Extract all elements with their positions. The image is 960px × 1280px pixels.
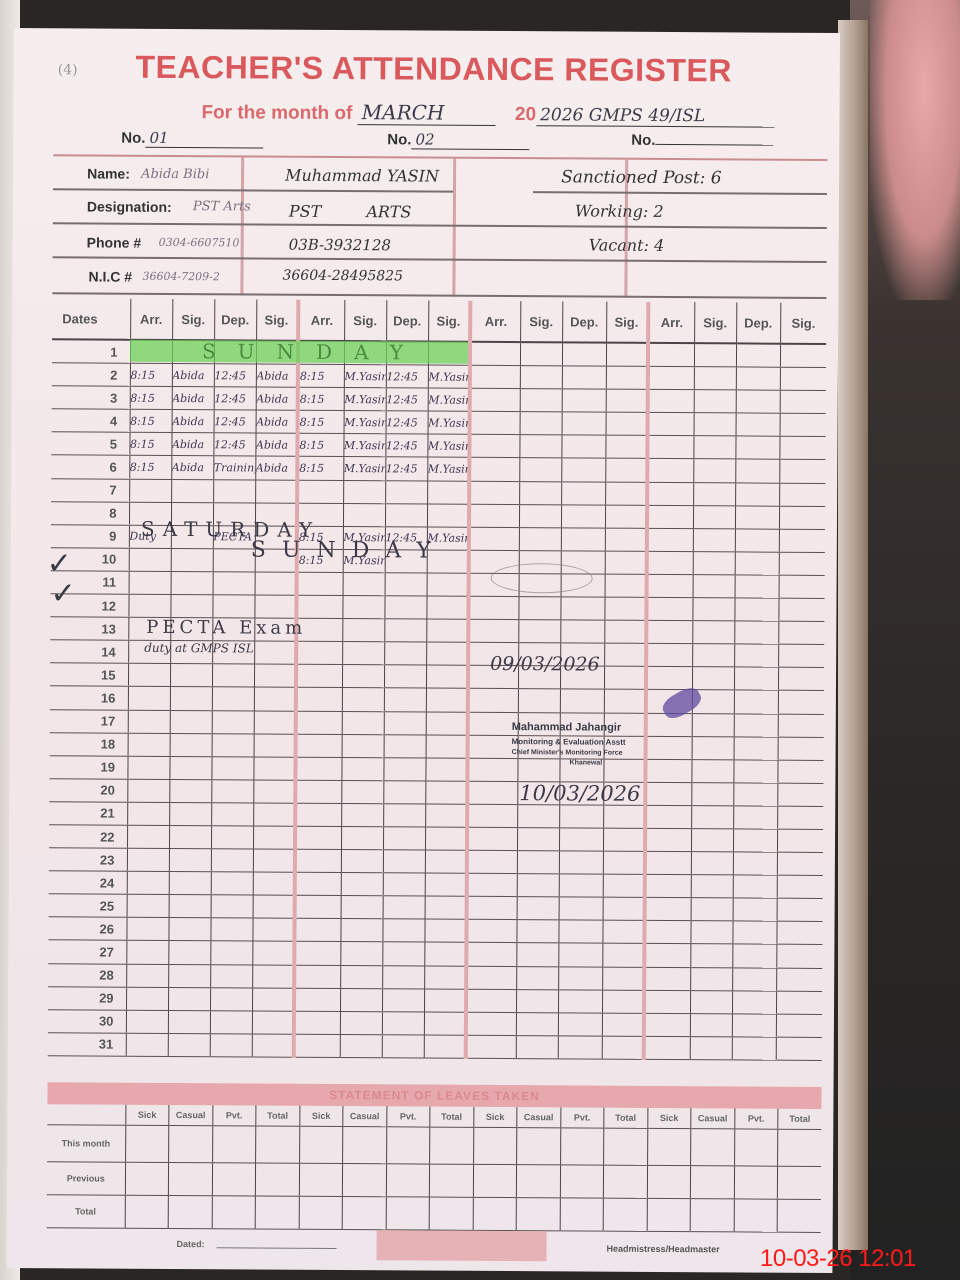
- attendance-cell[interactable]: [382, 1011, 424, 1034]
- attendance-cell[interactable]: [691, 782, 733, 805]
- attendance-cell[interactable]: [602, 944, 644, 967]
- attendance-cell[interactable]: [603, 874, 645, 897]
- attendance-cell[interactable]: [341, 803, 383, 826]
- attendance-cell[interactable]: [170, 733, 212, 756]
- attendance-cell[interactable]: [736, 413, 780, 436]
- leave-cell[interactable]: [473, 1127, 517, 1164]
- attendance-cell[interactable]: [690, 967, 732, 990]
- attendance-cell[interactable]: [254, 664, 296, 687]
- attendance-cell[interactable]: [129, 571, 171, 594]
- attendance-cell[interactable]: [776, 922, 822, 945]
- attendance-cell[interactable]: [733, 829, 777, 852]
- attendance-cell[interactable]: [126, 941, 168, 964]
- attendance-cell[interactable]: [253, 872, 295, 895]
- attendance-cell[interactable]: [776, 945, 822, 968]
- attendance-cell[interactable]: [733, 898, 777, 921]
- attendance-cell[interactable]: [694, 343, 736, 367]
- attendance-cell[interactable]: [340, 1034, 382, 1057]
- leave-cell[interactable]: [125, 1162, 169, 1195]
- attendance-cell[interactable]: [734, 621, 778, 644]
- attendance-cell[interactable]: [467, 873, 517, 896]
- attendance-cell[interactable]: [129, 479, 171, 502]
- attendance-cell[interactable]: [171, 571, 213, 594]
- attendance-cell[interactable]: [467, 827, 517, 850]
- attendance-cell[interactable]: [645, 875, 691, 898]
- attendance-cell[interactable]: [425, 781, 467, 804]
- attendance-cell[interactable]: [602, 967, 644, 990]
- attendance-cell[interactable]: 8:15: [130, 409, 172, 432]
- attendance-cell[interactable]: M.Yasin: [428, 388, 470, 411]
- attendance-cell[interactable]: [691, 898, 733, 921]
- attendance-cell[interactable]: [691, 852, 733, 875]
- attendance-cell[interactable]: [644, 944, 690, 967]
- attendance-cell[interactable]: [558, 920, 602, 943]
- attendance-cell[interactable]: [296, 734, 342, 757]
- attendance-cell[interactable]: [295, 780, 341, 803]
- attendance-cell[interactable]: [170, 710, 212, 733]
- attendance-cell[interactable]: [605, 551, 647, 574]
- attendance-cell[interactable]: [735, 459, 779, 482]
- attendance-cell[interactable]: [645, 782, 691, 805]
- attendance-cell[interactable]: 12:45: [385, 457, 427, 480]
- attendance-cell[interactable]: [340, 1011, 382, 1034]
- attendance-cell[interactable]: [171, 548, 213, 571]
- attendance-cell[interactable]: [212, 687, 254, 710]
- attendance-cell[interactable]: [297, 480, 343, 503]
- attendance-cell[interactable]: [469, 527, 519, 550]
- attendance-cell[interactable]: [426, 596, 468, 619]
- attendance-cell[interactable]: [129, 548, 171, 571]
- attendance-cell[interactable]: [470, 365, 520, 388]
- attendance-cell[interactable]: [382, 942, 424, 965]
- attendance-cell[interactable]: [518, 597, 560, 620]
- attendance-cell[interactable]: [734, 598, 778, 621]
- attendance-cell[interactable]: [128, 687, 170, 710]
- attendance-cell[interactable]: [384, 711, 426, 734]
- attendance-cell[interactable]: [691, 806, 733, 829]
- attendance-cell[interactable]: [212, 664, 254, 687]
- attendance-cell[interactable]: [694, 390, 736, 413]
- attendance-cell[interactable]: 8:15: [130, 386, 172, 409]
- leave-cell[interactable]: [299, 1196, 343, 1229]
- attendance-cell[interactable]: [254, 687, 296, 710]
- attendance-cell[interactable]: [468, 689, 518, 712]
- attendance-cell[interactable]: [602, 920, 644, 943]
- attendance-cell[interactable]: [169, 849, 211, 872]
- attendance-cell[interactable]: [254, 641, 296, 664]
- attendance-cell[interactable]: [466, 966, 516, 989]
- attendance-cell[interactable]: [558, 943, 602, 966]
- attendance-cell[interactable]: [296, 641, 342, 664]
- attendance-cell[interactable]: [648, 343, 694, 367]
- attendance-cell[interactable]: 8:15: [298, 387, 344, 410]
- attendance-cell[interactable]: [253, 895, 295, 918]
- attendance-cell[interactable]: [647, 551, 693, 574]
- attendance-cell[interactable]: [384, 642, 426, 665]
- attendance-cell[interactable]: [426, 642, 468, 665]
- attendance-cell[interactable]: [127, 848, 169, 871]
- attendance-cell[interactable]: [693, 528, 735, 551]
- attendance-cell[interactable]: [647, 505, 693, 528]
- leave-cell[interactable]: [299, 1126, 343, 1163]
- attendance-cell[interactable]: [169, 779, 211, 802]
- attendance-cell[interactable]: [340, 919, 382, 942]
- leave-cell[interactable]: [516, 1198, 560, 1231]
- attendance-cell[interactable]: [168, 918, 210, 941]
- attendance-cell[interactable]: [733, 875, 777, 898]
- attendance-cell[interactable]: [561, 505, 605, 528]
- attendance-cell[interactable]: [562, 389, 606, 412]
- attendance-cell[interactable]: [562, 342, 606, 366]
- attendance-cell[interactable]: [383, 781, 425, 804]
- attendance-cell[interactable]: [645, 759, 691, 782]
- attendance-cell[interactable]: [168, 941, 210, 964]
- attendance-cell[interactable]: [425, 873, 467, 896]
- attendance-cell[interactable]: [427, 573, 469, 596]
- attendance-cell[interactable]: [342, 665, 384, 688]
- leave-cell[interactable]: [168, 1162, 212, 1195]
- attendance-cell[interactable]: [735, 482, 779, 505]
- attendance-cell[interactable]: [467, 804, 517, 827]
- attendance-cell[interactable]: [255, 572, 297, 595]
- attendance-cell[interactable]: [170, 664, 212, 687]
- attendance-cell[interactable]: [469, 458, 519, 481]
- attendance-cell[interactable]: [385, 503, 427, 526]
- attendance-cell[interactable]: [778, 667, 824, 690]
- attendance-cell[interactable]: [561, 435, 605, 458]
- attendance-cell[interactable]: [647, 574, 693, 597]
- attendance-cell[interactable]: [778, 737, 824, 760]
- attendance-cell[interactable]: [343, 503, 385, 526]
- attendance-cell[interactable]: [602, 1013, 644, 1036]
- attendance-cell[interactable]: [517, 851, 559, 874]
- attendance-cell[interactable]: [210, 964, 252, 987]
- attendance-cell[interactable]: 12:45: [213, 433, 255, 456]
- attendance-cell[interactable]: [252, 1034, 294, 1057]
- attendance-cell[interactable]: [254, 734, 296, 757]
- attendance-cell[interactable]: [252, 941, 294, 964]
- attendance-cell[interactable]: [777, 852, 823, 875]
- attendance-cell[interactable]: [466, 1012, 516, 1035]
- attendance-cell[interactable]: [776, 991, 822, 1014]
- attendance-cell[interactable]: [384, 688, 426, 711]
- attendance-cell[interactable]: [468, 735, 518, 758]
- attendance-cell[interactable]: M.Yasin: [428, 365, 470, 388]
- leave-cell[interactable]: [690, 1166, 734, 1199]
- leave-cell[interactable]: [777, 1166, 821, 1199]
- attendance-cell[interactable]: [603, 897, 645, 920]
- attendance-cell[interactable]: [778, 598, 824, 621]
- attendance-cell[interactable]: 8:15: [298, 411, 344, 434]
- attendance-cell[interactable]: [342, 619, 384, 642]
- attendance-cell[interactable]: [466, 989, 516, 1012]
- leave-cell[interactable]: [560, 1165, 604, 1198]
- attendance-cell[interactable]: [211, 803, 253, 826]
- attendance-cell[interactable]: [213, 549, 255, 572]
- attendance-cell[interactable]: [128, 594, 170, 617]
- attendance-cell[interactable]: [736, 390, 780, 413]
- attendance-cell[interactable]: [517, 804, 559, 827]
- attendance-cell[interactable]: [169, 895, 211, 918]
- attendance-cell[interactable]: [605, 574, 647, 597]
- attendance-cell[interactable]: [426, 665, 468, 688]
- leave-cell[interactable]: [560, 1198, 604, 1231]
- attendance-cell[interactable]: [126, 1010, 168, 1033]
- attendance-cell[interactable]: [210, 918, 252, 941]
- attendance-cell[interactable]: [519, 481, 561, 504]
- attendance-cell[interactable]: [382, 1035, 424, 1058]
- attendance-cell[interactable]: [382, 919, 424, 942]
- attendance-cell[interactable]: [735, 575, 779, 598]
- attendance-cell[interactable]: [341, 896, 383, 919]
- attendance-cell[interactable]: [516, 1012, 558, 1035]
- attendance-cell[interactable]: [558, 966, 602, 989]
- attendance-cell[interactable]: [168, 964, 210, 987]
- attendance-cell[interactable]: [690, 990, 732, 1013]
- attendance-cell[interactable]: [169, 825, 211, 848]
- attendance-cell[interactable]: [779, 552, 825, 575]
- attendance-cell[interactable]: [169, 872, 211, 895]
- attendance-cell[interactable]: [734, 690, 778, 713]
- attendance-cell[interactable]: [560, 597, 604, 620]
- attendance-cell[interactable]: [253, 757, 295, 780]
- attendance-cell[interactable]: [253, 826, 295, 849]
- attendance-cell[interactable]: Abida: [172, 410, 214, 433]
- attendance-cell[interactable]: M.Yasin: [427, 458, 469, 481]
- attendance-cell[interactable]: [693, 575, 735, 598]
- attendance-cell[interactable]: Abida: [171, 433, 213, 456]
- attendance-cell[interactable]: [518, 689, 560, 712]
- attendance-cell[interactable]: [605, 459, 647, 482]
- attendance-cell[interactable]: [467, 850, 517, 873]
- attendance-cell[interactable]: M.Yasin: [343, 457, 385, 480]
- attendance-cell[interactable]: [560, 620, 604, 643]
- leave-cell[interactable]: [734, 1199, 778, 1232]
- attendance-cell[interactable]: [520, 412, 562, 435]
- attendance-cell[interactable]: [520, 366, 562, 389]
- attendance-cell[interactable]: [382, 988, 424, 1011]
- attendance-cell[interactable]: [469, 504, 519, 527]
- leave-cell[interactable]: [647, 1198, 691, 1231]
- attendance-cell[interactable]: [732, 967, 776, 990]
- attendance-cell[interactable]: [780, 413, 826, 436]
- leave-cell[interactable]: [734, 1166, 778, 1199]
- attendance-cell[interactable]: [603, 759, 645, 782]
- attendance-cell[interactable]: [340, 965, 382, 988]
- attendance-cell[interactable]: [693, 505, 735, 528]
- attendance-cell[interactable]: [296, 688, 342, 711]
- attendance-cell[interactable]: 12:45: [386, 365, 428, 388]
- attendance-cell[interactable]: [211, 849, 253, 872]
- attendance-cell[interactable]: [647, 528, 693, 551]
- attendance-cell[interactable]: [128, 710, 170, 733]
- attendance-cell[interactable]: [733, 806, 777, 829]
- attendance-cell[interactable]: [383, 757, 425, 780]
- attendance-cell[interactable]: [644, 921, 690, 944]
- attendance-cell[interactable]: [210, 1010, 252, 1033]
- attendance-cell[interactable]: 12:45: [214, 364, 256, 387]
- attendance-cell[interactable]: [777, 783, 823, 806]
- attendance-cell[interactable]: [646, 620, 692, 643]
- attendance-cell[interactable]: [211, 780, 253, 803]
- attendance-cell[interactable]: [778, 691, 824, 714]
- leave-cell[interactable]: [734, 1129, 778, 1166]
- attendance-cell[interactable]: [467, 897, 517, 920]
- attendance-cell[interactable]: [644, 990, 690, 1013]
- attendance-cell[interactable]: [253, 849, 295, 872]
- attendance-cell[interactable]: [426, 735, 468, 758]
- attendance-cell[interactable]: [425, 804, 467, 827]
- attendance-cell[interactable]: [778, 621, 824, 644]
- attendance-cell[interactable]: M.Yasin: [344, 411, 386, 434]
- attendance-cell[interactable]: Abida: [255, 456, 297, 479]
- leave-cell[interactable]: [516, 1165, 560, 1198]
- attendance-cell[interactable]: [469, 481, 519, 504]
- attendance-cell[interactable]: [296, 595, 342, 618]
- attendance-cell[interactable]: [605, 482, 647, 505]
- attendance-cell[interactable]: [254, 710, 296, 733]
- attendance-cell[interactable]: [646, 644, 692, 667]
- attendance-cell[interactable]: [384, 596, 426, 619]
- leave-cell[interactable]: [212, 1126, 256, 1163]
- attendance-cell[interactable]: [128, 733, 170, 756]
- attendance-cell[interactable]: [468, 712, 518, 735]
- attendance-cell[interactable]: 8:15: [298, 364, 344, 387]
- attendance-cell[interactable]: [424, 942, 466, 965]
- attendance-cell[interactable]: [603, 805, 645, 828]
- attendance-cell[interactable]: [211, 826, 253, 849]
- attendance-cell[interactable]: [424, 919, 466, 942]
- attendance-cell[interactable]: [691, 875, 733, 898]
- attendance-cell[interactable]: [170, 594, 212, 617]
- attendance-cell[interactable]: [169, 802, 211, 825]
- attendance-cell[interactable]: [519, 527, 561, 550]
- attendance-cell[interactable]: M.Yasin: [428, 411, 470, 434]
- attendance-cell[interactable]: [213, 479, 255, 502]
- attendance-cell[interactable]: [777, 898, 823, 921]
- attendance-cell[interactable]: [170, 687, 212, 710]
- attendance-cell[interactable]: [382, 965, 424, 988]
- attendance-cell[interactable]: [342, 734, 384, 757]
- attendance-cell[interactable]: [558, 989, 602, 1012]
- leave-cell[interactable]: [691, 1129, 735, 1166]
- attendance-cell[interactable]: [606, 412, 648, 435]
- attendance-cell[interactable]: [516, 989, 558, 1012]
- attendance-cell[interactable]: [342, 711, 384, 734]
- leave-cell[interactable]: [168, 1195, 212, 1228]
- attendance-cell[interactable]: [126, 918, 168, 941]
- attendance-cell[interactable]: [604, 620, 646, 643]
- leave-cell[interactable]: [299, 1163, 343, 1196]
- attendance-cell[interactable]: [732, 991, 776, 1014]
- attendance-cell[interactable]: [647, 459, 693, 482]
- leave-cell[interactable]: [690, 1199, 734, 1232]
- attendance-cell[interactable]: [384, 665, 426, 688]
- attendance-cell[interactable]: [734, 713, 778, 736]
- attendance-cell[interactable]: [732, 944, 776, 967]
- attendance-cell[interactable]: Abida: [255, 433, 297, 456]
- attendance-cell[interactable]: [168, 1033, 210, 1056]
- attendance-cell[interactable]: [294, 1011, 340, 1034]
- attendance-cell[interactable]: [253, 803, 295, 826]
- attendance-cell[interactable]: [294, 965, 340, 988]
- attendance-cell[interactable]: [561, 481, 605, 504]
- leave-cell[interactable]: [517, 1128, 561, 1165]
- attendance-cell[interactable]: [295, 803, 341, 826]
- attendance-cell[interactable]: Abida: [256, 387, 298, 410]
- attendance-cell[interactable]: [425, 827, 467, 850]
- attendance-cell[interactable]: 12:45: [214, 410, 256, 433]
- attendance-cell[interactable]: [341, 873, 383, 896]
- attendance-cell[interactable]: [604, 666, 646, 689]
- attendance-cell[interactable]: [341, 850, 383, 873]
- attendance-cell[interactable]: Abida: [172, 387, 214, 410]
- attendance-cell[interactable]: [466, 943, 516, 966]
- attendance-cell[interactable]: [647, 482, 693, 505]
- attendance-cell[interactable]: [779, 506, 825, 529]
- attendance-cell[interactable]: [426, 712, 468, 735]
- attendance-cell[interactable]: [646, 597, 692, 620]
- attendance-cell[interactable]: [213, 572, 255, 595]
- attendance-cell[interactable]: [732, 921, 776, 944]
- attendance-cell[interactable]: [604, 643, 646, 666]
- attendance-cell[interactable]: M.Yasin: [344, 388, 386, 411]
- attendance-cell[interactable]: [211, 895, 253, 918]
- attendance-cell[interactable]: [128, 664, 170, 687]
- attendance-cell[interactable]: 8:15: [129, 433, 171, 456]
- leave-cell[interactable]: [473, 1197, 517, 1230]
- attendance-cell[interactable]: [561, 458, 605, 481]
- attendance-cell[interactable]: [690, 921, 732, 944]
- attendance-cell[interactable]: [294, 919, 340, 942]
- attendance-cell[interactable]: [342, 596, 384, 619]
- attendance-cell[interactable]: [517, 874, 559, 897]
- leave-cell[interactable]: [212, 1163, 256, 1196]
- attendance-cell[interactable]: [341, 826, 383, 849]
- attendance-cell[interactable]: [780, 390, 826, 413]
- attendance-cell[interactable]: [734, 644, 778, 667]
- attendance-cell[interactable]: [692, 598, 734, 621]
- attendance-cell[interactable]: [604, 597, 646, 620]
- attendance-cell[interactable]: [127, 802, 169, 825]
- attendance-cell[interactable]: [342, 642, 384, 665]
- attendance-cell[interactable]: M.Yasin: [427, 434, 469, 457]
- attendance-cell[interactable]: [252, 965, 294, 988]
- attendance-cell[interactable]: [602, 990, 644, 1013]
- attendance-cell[interactable]: [168, 1010, 210, 1033]
- attendance-cell[interactable]: [606, 366, 648, 389]
- attendance-cell[interactable]: [646, 736, 692, 759]
- attendance-cell[interactable]: [126, 964, 168, 987]
- leave-cell[interactable]: [256, 1126, 300, 1163]
- attendance-cell[interactable]: [605, 505, 647, 528]
- attendance-cell[interactable]: [690, 1036, 732, 1059]
- attendance-cell[interactable]: 8:15: [297, 434, 343, 457]
- attendance-cell[interactable]: [602, 1036, 644, 1059]
- attendance-cell[interactable]: [253, 780, 295, 803]
- leave-cell[interactable]: [169, 1125, 213, 1162]
- attendance-cell[interactable]: [295, 826, 341, 849]
- attendance-cell[interactable]: [169, 756, 211, 779]
- leave-cell[interactable]: [430, 1127, 474, 1164]
- attendance-cell[interactable]: [735, 436, 779, 459]
- attendance-cell[interactable]: [779, 483, 825, 506]
- attendance-cell[interactable]: [736, 343, 780, 367]
- attendance-cell[interactable]: Training: [213, 456, 255, 479]
- attendance-cell[interactable]: [340, 988, 382, 1011]
- attendance-cell[interactable]: [562, 412, 606, 435]
- attendance-cell[interactable]: [519, 458, 561, 481]
